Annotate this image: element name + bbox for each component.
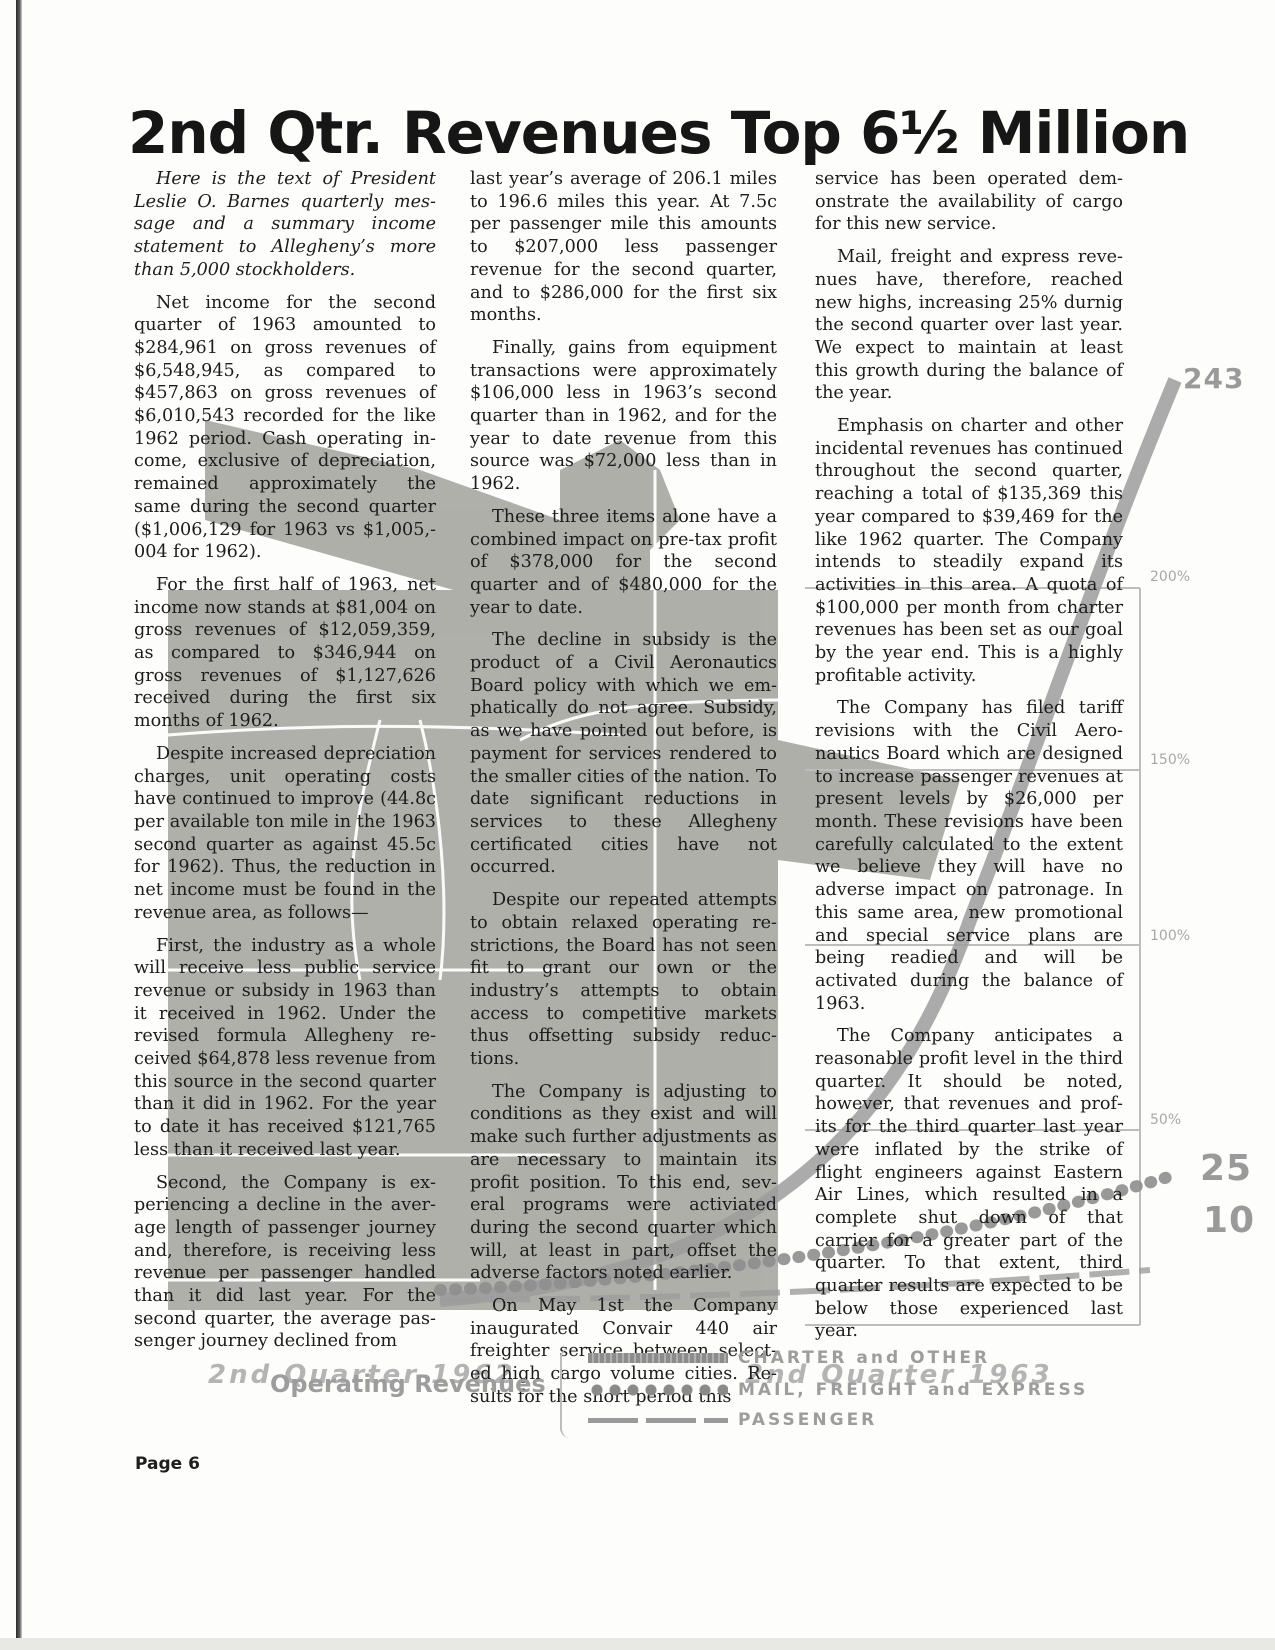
article-paragraph: last year’s average of 206.1 miles to 19…: [470, 168, 777, 327]
legend-item-charter: CHARTER and OTHER: [588, 1348, 990, 1368]
article-paragraph: service has been operated dem­onstrate t…: [815, 168, 1123, 236]
article-paragraph: Despite our repeated attempts to obtain …: [470, 889, 777, 1071]
article-column-2: last year’s average of 206.1 miles to 19…: [470, 168, 777, 1419]
hatched-bar-icon: [588, 1353, 728, 1363]
article-paragraph: The Company anticipates a reasonable pro…: [815, 1025, 1123, 1343]
article-paragraph: Finally, gains from equipment transactio…: [470, 337, 777, 496]
gridline-label-100: 100%: [1150, 928, 1190, 944]
legend-brace: [560, 1348, 572, 1438]
dashed-line-icon: [588, 1418, 728, 1423]
gridline-label-50: 50%: [1150, 1112, 1181, 1128]
article-paragraph: The Company is adjusting to conditions a…: [470, 1081, 777, 1285]
article-paragraph: Net income for the second quarter of 196…: [134, 292, 436, 564]
article-paragraph: Here is the text of President Leslie O. …: [134, 168, 436, 282]
dotted-line-icon: [588, 1383, 728, 1397]
article-paragraph: For the first half of 1963, net income n…: [134, 574, 436, 733]
page-number: Page 6: [135, 1454, 200, 1474]
legend-item-mail: MAIL, FREIGHT and EXPRESS: [588, 1380, 1088, 1400]
article-paragraph: Despite increased depreciation charges, …: [134, 743, 436, 925]
gridline-label-150: 150%: [1150, 752, 1190, 768]
passenger-end-value: 10: [1203, 1200, 1255, 1241]
article-column-1: Here is the text of President Leslie O. …: [134, 168, 436, 1363]
gridline-label-200: 200%: [1150, 569, 1190, 585]
legend-label: CHARTER and OTHER: [738, 1348, 990, 1368]
article-paragraph: First, the industry as a whole will rece…: [134, 935, 436, 1162]
article-paragraph: Second, the Company is ex­periencing a d…: [134, 1172, 436, 1354]
legend-label: PASSENGER: [738, 1410, 877, 1430]
article-paragraph: These three items alone have a combined …: [470, 506, 777, 620]
mail-end-value: 25: [1200, 1148, 1252, 1189]
article-paragraph: Emphasis on charter and other incidental…: [815, 415, 1123, 687]
legend-item-passenger: PASSENGER: [588, 1410, 877, 1430]
article-paragraph: The Company has filed tariff revisions w…: [815, 697, 1123, 1015]
legend-label: MAIL, FREIGHT and EXPRESS: [738, 1380, 1088, 1400]
legend-title: Operating Revenues: [270, 1370, 546, 1398]
article-paragraph: The decline in subsidy is the product of…: [470, 629, 777, 879]
article-paragraph: Mail, freight and express reve­nues have…: [815, 246, 1123, 405]
article-column-3: service has been operated dem­onstrate t…: [815, 168, 1123, 1353]
charter-end-value: 243: [1183, 362, 1244, 395]
